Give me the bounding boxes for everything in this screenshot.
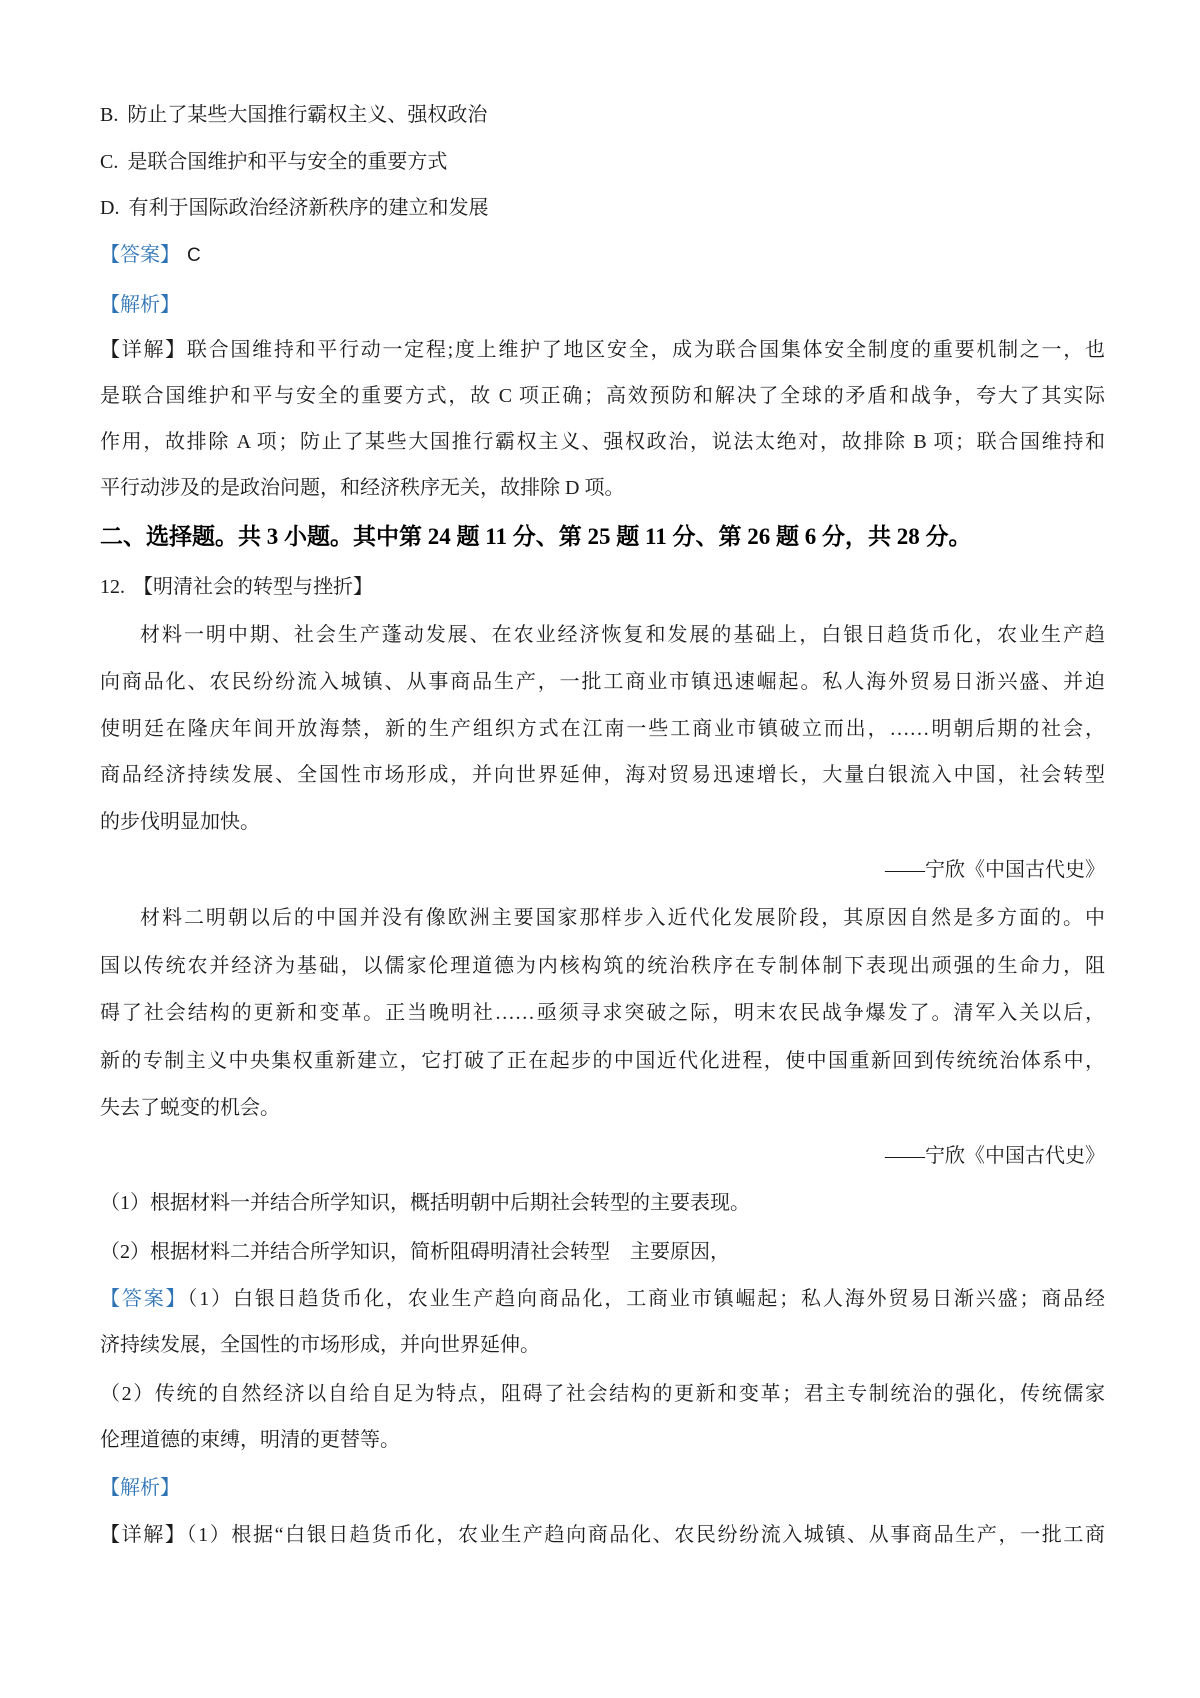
material1-line: 材料一明中期、社会生产蓬动发展、在农业经济恢复和发展的基础上，白银日趋货币化，农… bbox=[100, 612, 1105, 659]
q12-answer-part1: 【答案】（1）白银日趋货币化，农业生产趋向商品化，工商业市镇崛起；私人海外贸易日… bbox=[100, 1277, 1105, 1368]
document-page: B.防止了某些大国推行霸权主义、强权政治 C.是联合国维护和平与安全的重要方式 … bbox=[0, 0, 1200, 1698]
material1-line: 向商品化、农民纷纷流入城镇、从事商品生产，一批工商业市镇迅速崛起。私人海外贸易日… bbox=[100, 659, 1105, 706]
option-d: D.有利于国际政治经济新秩序的建立和发展 bbox=[100, 185, 1105, 232]
q12-answer-part2: （2）传统的自然经济以自给自足为特点，阻碍了社会结构的更新和变革；君主专制统治的… bbox=[100, 1372, 1105, 1463]
option-c-label: C. bbox=[100, 151, 118, 173]
answer-line: 济持续发展，全国性的市场形成，并向世界延伸。 bbox=[100, 1323, 1105, 1369]
material1-line: 商品经济持续发展、全国性市场形成，并向世界延伸，海对贸易迅速增长，大量白银流入中… bbox=[100, 752, 1105, 799]
material2-line: 碍了社会结构的更新和变革。正当晚明社……亟须寻求突破之际，明末农民战争爆发了。清… bbox=[100, 990, 1105, 1038]
section-heading-group: 二、选择题。共 3 小题。其中第 24 题 11 分、第 25 题 11 分、第… bbox=[100, 514, 1105, 560]
analysis-label: 【解析】 bbox=[100, 1477, 180, 1499]
answer-line: （2）传统的自然经济以自给自足为特点，阻碍了社会结构的更新和变革；君主专制统治的… bbox=[100, 1372, 1105, 1418]
q12-detail: 【详解】（1）根据“白银日趋货币化，农业生产趋向商品化、农民纷纷流入城镇、从事商… bbox=[100, 1512, 1105, 1559]
option-b-label: B. bbox=[100, 104, 118, 126]
q11-answer: 【答案】C bbox=[100, 232, 1105, 280]
q12-analysis: 【解析】 bbox=[100, 1465, 1105, 1512]
detail-line: 平行动涉及的是政治问题，和经济秩序无关，故排除 D 项。 bbox=[100, 465, 1105, 511]
citation: ——宁欣《中国古代史》 bbox=[100, 1133, 1105, 1180]
answer-line: 伦理道德的束缚，明清的更替等。 bbox=[100, 1418, 1105, 1464]
material1-line: 使明廷在隆庆年间开放海禁，新的生产组织方式在江南一些工商业市镇破立而出，……明朝… bbox=[100, 706, 1105, 753]
q12-subquestion-1: （1）根据材料一并结合所学知识，概括明朝中后期社会转型的主要表现。 bbox=[100, 1180, 1105, 1227]
option-b: B.防止了某些大国推行霸权主义、强权政治 bbox=[100, 92, 1105, 139]
citation2-group: ——宁欣《中国古代史》 bbox=[100, 1133, 1105, 1180]
q12-title-group: 12.【明清社会的转型与挫折】 bbox=[100, 564, 1105, 611]
material2-line: 材料二明朝以后的中国并没有像欧洲主要国家那样步入近代化发展阶段，其原因自然是多方… bbox=[100, 895, 1105, 943]
q12-subquestion-2: （2）根据材料二并结合所学知识，简析阻碍明清社会转型 主要原因， bbox=[100, 1229, 1105, 1276]
material2-line: 失去了蜕变的机会。 bbox=[100, 1085, 1105, 1133]
q11-analysis: 【解析】 bbox=[100, 282, 1105, 329]
option-c-text: 是联合国维护和平与安全的重要方式 bbox=[127, 151, 447, 173]
answer-label: 【答案】 bbox=[100, 1288, 187, 1310]
subquestion: （2）根据材料二并结合所学知识，简析阻碍明清社会转型 主要原因， bbox=[100, 1229, 1105, 1276]
material2-line: 新的专制主义中央集权重新建立，它打破了正在起步的中国近代化进程，使中国重新回到传… bbox=[100, 1038, 1105, 1086]
material1-line: 的步伐明显加快。 bbox=[100, 799, 1105, 846]
question-number: 12. bbox=[100, 576, 125, 598]
answer-label: 【答案】 bbox=[100, 244, 180, 266]
q11-options: B.防止了某些大国推行霸权主义、强权政治 C.是联合国维护和平与安全的重要方式 … bbox=[100, 92, 1105, 232]
detail-line: 【详解】（1）根据“白银日趋货币化，农业生产趋向商品化、农民纷纷流入城镇、从事商… bbox=[100, 1512, 1105, 1559]
detail-line: 【详解】联合国维持和平行动一定程;度上维护了地区安全，成为联合国集体安全制度的重… bbox=[100, 327, 1105, 373]
material2-line: 国以传统农并经济为基础，以儒家伦理道德为内核构筑的统治秩序在专制体制下表现出顽强… bbox=[100, 943, 1105, 991]
option-d-label: D. bbox=[100, 197, 119, 219]
analysis-label: 【解析】 bbox=[100, 294, 180, 316]
q12-material1: 材料一明中期、社会生产蓬动发展、在农业经济恢复和发展的基础上，白银日趋货币化，农… bbox=[100, 612, 1105, 846]
q12-material2: 材料二明朝以后的中国并没有像欧洲主要国家那样步入近代化发展阶段，其原因自然是多方… bbox=[100, 895, 1105, 1133]
section-heading: 二、选择题。共 3 小题。其中第 24 题 11 分、第 25 题 11 分、第… bbox=[100, 514, 1105, 560]
q11-detail: 【详解】联合国维持和平行动一定程;度上维护了地区安全，成为联合国集体安全制度的重… bbox=[100, 327, 1105, 511]
option-d-text: 有利于国际政治经济新秩序的建立和发展 bbox=[128, 197, 488, 219]
citation: ——宁欣《中国古代史》 bbox=[100, 847, 1105, 894]
detail-line: 是联合国维护和平与安全的重要方式，故 C 项正确；高效预防和解决了全球的矛盾和战… bbox=[100, 373, 1105, 419]
option-b-text: 防止了某些大国推行霸权主义、强权政治 bbox=[127, 104, 487, 126]
answer-line: （1）白银日趋货币化，农业生产趋向商品化，工商业市镇崛起；私人海外贸易日渐兴盛；… bbox=[187, 1288, 1105, 1310]
question-title: 【明清社会的转型与挫折】 bbox=[133, 576, 373, 598]
detail-line: 作用，故排除 A 项；防止了某些大国推行霸权主义、强权政治，说法太绝对，故排除 … bbox=[100, 419, 1105, 465]
answer-value: C bbox=[187, 245, 201, 266]
option-c: C.是联合国维护和平与安全的重要方式 bbox=[100, 139, 1105, 186]
citation1-group: ——宁欣《中国古代史》 bbox=[100, 847, 1105, 894]
subquestion: （1）根据材料一并结合所学知识，概括明朝中后期社会转型的主要表现。 bbox=[100, 1180, 1105, 1227]
